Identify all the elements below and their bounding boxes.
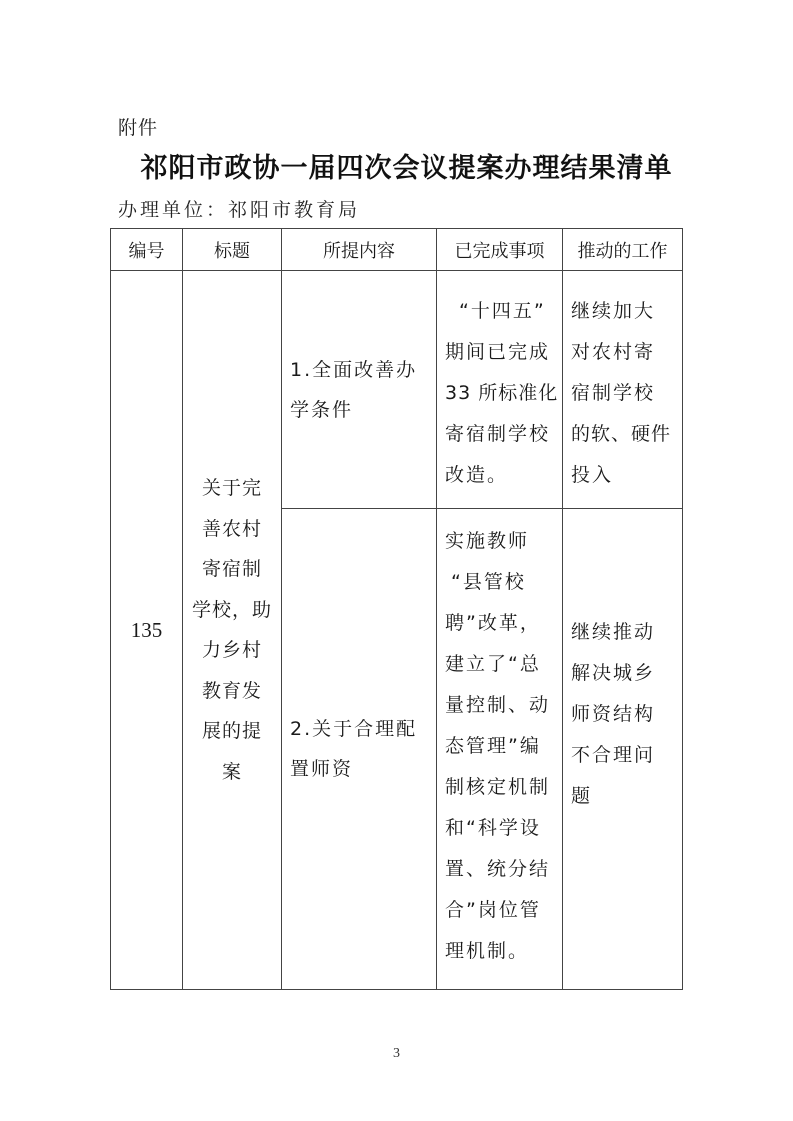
push-line: 解决城乡 xyxy=(571,653,678,694)
done-line: 量控制、动 xyxy=(445,685,558,726)
column-header-follow-up: 推动的工作 xyxy=(563,229,683,271)
push-line: 宿制学校 xyxy=(571,373,678,414)
attachment-label: 附件 xyxy=(118,113,158,140)
done-line: 聘”改革， xyxy=(445,603,558,644)
title-line: 善农村 xyxy=(189,509,275,550)
content-line: 2.关于合理配 xyxy=(290,709,432,749)
content-line: 学条件 xyxy=(290,390,432,430)
proposal-content: 1.全面改善办 学条件 xyxy=(282,271,437,509)
done-line: 改造。 xyxy=(445,455,558,496)
done-line: 和“科学设 xyxy=(445,808,558,849)
done-line: 置、统分结 xyxy=(445,849,558,890)
done-line: 理机制。 xyxy=(445,931,558,972)
title-line: 展的提 xyxy=(189,711,275,752)
push-line: 投入 xyxy=(571,455,678,496)
handling-unit: 办理单位：祁阳市教育局 xyxy=(118,195,360,222)
column-header-title: 标题 xyxy=(183,229,282,271)
title-line: 学校，助 xyxy=(189,590,275,631)
content-line: 置师资 xyxy=(290,749,432,789)
result-table: 编号 标题 所提内容 已完成事项 推动的工作 135 关于完 善农村 寄宿制 学… xyxy=(110,228,683,990)
done-line: 制核定机制 xyxy=(445,767,558,808)
content-line: 1.全面改善办 xyxy=(290,350,432,390)
document-title: 祁阳市政协一届四次会议提案办理结果清单 xyxy=(0,146,793,185)
done-line: 寄宿制学校 xyxy=(445,414,558,455)
title-line: 关于完 xyxy=(189,468,275,509)
handling-unit-label: 办理单位： xyxy=(118,199,228,221)
column-header-completed: 已完成事项 xyxy=(437,229,563,271)
completed-items: 实施教师 “县管校 聘”改革， 建立了“总 量控制、动 态管理”编 制核定机制 … xyxy=(437,509,563,990)
done-line: 态管理”编 xyxy=(445,726,558,767)
column-header-number: 编号 xyxy=(111,229,183,271)
done-line: 建立了“总 xyxy=(445,644,558,685)
page-number: 3 xyxy=(0,1046,793,1062)
table-row: 135 关于完 善农村 寄宿制 学校，助 力乡村 教育发 展的提 案 1.全面改… xyxy=(111,271,683,509)
follow-up-work: 继续推动 解决城乡 师资结构 不合理问 题 xyxy=(563,509,683,990)
title-line: 教育发 xyxy=(189,671,275,712)
done-line: 33 所标准化 xyxy=(445,373,558,414)
done-line: “十四五” xyxy=(445,291,558,332)
proposal-title: 关于完 善农村 寄宿制 学校，助 力乡村 教育发 展的提 案 xyxy=(183,271,282,990)
column-header-content: 所提内容 xyxy=(282,229,437,271)
push-line: 师资结构 xyxy=(571,694,678,735)
done-line: 合”岗位管 xyxy=(445,890,558,931)
done-line: 实施教师 xyxy=(445,521,558,562)
title-line: 力乡村 xyxy=(189,630,275,671)
completed-items: “十四五” 期间已完成 33 所标准化 寄宿制学校 改造。 xyxy=(437,271,563,509)
push-line: 题 xyxy=(571,776,678,817)
push-line: 对农村寄 xyxy=(571,332,678,373)
push-line: 不合理问 xyxy=(571,735,678,776)
table-header-row: 编号 标题 所提内容 已完成事项 推动的工作 xyxy=(111,229,683,271)
push-line: 继续推动 xyxy=(571,612,678,653)
handling-unit-name: 祁阳市教育局 xyxy=(228,199,360,221)
proposal-number: 135 xyxy=(111,271,183,990)
title-line: 案 xyxy=(189,752,275,793)
proposal-content: 2.关于合理配 置师资 xyxy=(282,509,437,990)
done-line: 期间已完成 xyxy=(445,332,558,373)
title-line: 寄宿制 xyxy=(189,549,275,590)
done-line: “县管校 xyxy=(445,562,558,603)
follow-up-work: 继续加大 对农村寄 宿制学校 的软、硬件 投入 xyxy=(563,271,683,509)
push-line: 继续加大 xyxy=(571,291,678,332)
push-line: 的软、硬件 xyxy=(571,414,678,455)
